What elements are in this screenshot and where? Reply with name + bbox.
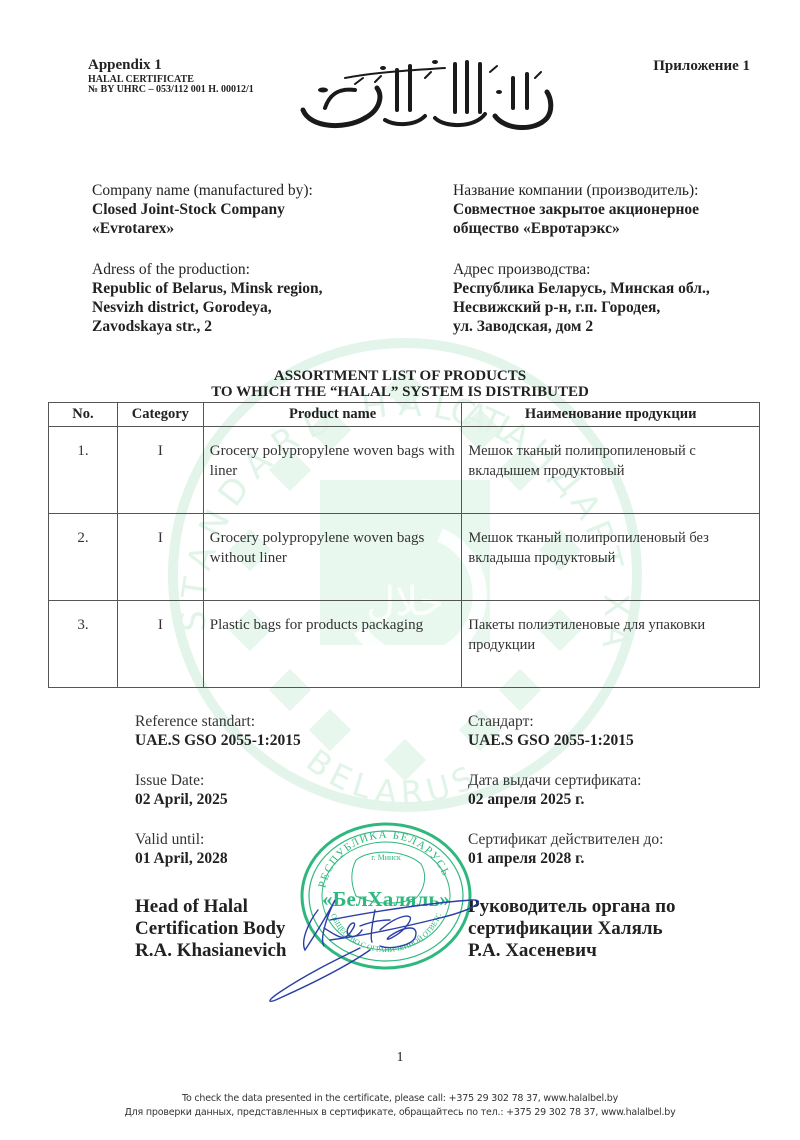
row-number: 3.	[49, 601, 118, 688]
address-line: Zavodskaya str., 2	[92, 317, 323, 336]
footer-line-ru: Для проверки данных, представленных в се…	[0, 1106, 800, 1120]
bismillah-calligraphy-icon	[285, 48, 565, 136]
valid-until-block-ru: Сертификат действителен до: 01 апреля 20…	[468, 830, 664, 868]
standard-label: Reference standart:	[135, 712, 301, 731]
row-number: 1.	[49, 427, 118, 514]
address-line-ru: Республика Беларусь, Минская обл.,	[453, 279, 710, 298]
company-name-label: Company name (manufactured by):	[92, 181, 313, 200]
valid-until-value-ru: 01 апреля 2028 г.	[468, 849, 664, 868]
appendix-label-ru: Приложение 1	[653, 58, 750, 75]
assortment-title-line: TO WHICH THE “HALAL” SYSTEM IS DISTRIBUT…	[0, 384, 800, 400]
table-row: 3. I Plastic bags for products packaging…	[49, 601, 760, 688]
standard-label-ru: Стандарт:	[468, 712, 634, 731]
products-table: No. Category Product name Наименование п…	[48, 402, 760, 688]
svg-text:г. Минск: г. Минск	[371, 853, 401, 862]
standard-block-ru: Стандарт: UAE.S GSO 2055-1:2015	[468, 712, 634, 750]
row-product-name-ru: Мешок тканый полипропиленовый без вклады…	[462, 514, 760, 601]
valid-until-block-en: Valid until: 01 April, 2028	[135, 830, 228, 868]
valid-until-value: 01 April, 2028	[135, 849, 228, 868]
standard-value: UAE.S GSO 2055-1:2015	[135, 731, 301, 750]
handwritten-signature	[240, 880, 540, 1010]
issue-date-block-ru: Дата выдачи сертификата: 02 апреля 2025 …	[468, 771, 641, 809]
valid-until-label-ru: Сертификат действителен до:	[468, 830, 664, 849]
company-name-line-ru: Совместное закрытое акционерное	[453, 200, 699, 219]
footer-line-en: To check the data presented in the certi…	[0, 1092, 800, 1106]
table-row: 2. I Grocery polypropylene woven bags wi…	[49, 514, 760, 601]
company-name-en-block: Company name (manufactured by): Closed J…	[92, 181, 313, 238]
row-product-name: Plastic bags for products packaging	[203, 601, 462, 688]
standard-block-en: Reference standart: UAE.S GSO 2055-1:201…	[135, 712, 301, 750]
row-product-name-ru: Пакеты полиэтиленовые для упаковки проду…	[462, 601, 760, 688]
row-number: 2.	[49, 514, 118, 601]
column-header-product-name-ru: Наименование продукции	[462, 403, 760, 427]
address-line: Republic of Belarus, Minsk region,	[92, 279, 323, 298]
address-label: Adress of the production:	[92, 260, 323, 279]
company-name-line-ru: общество «Евротарэкс»	[453, 219, 699, 238]
column-header-no: No.	[49, 403, 118, 427]
issue-date-value-ru: 02 апреля 2025 г.	[468, 790, 641, 809]
row-product-name: Grocery polypropylene woven bags with li…	[203, 427, 462, 514]
company-name-line: Closed Joint-Stock Company	[92, 200, 313, 219]
issue-date-label: Issue Date:	[135, 771, 228, 790]
certificate-number: № BY UHRC – 053/112 001 H. 00012/1	[88, 85, 254, 96]
company-name-line: «Evrotarex»	[92, 219, 313, 238]
table-header-row: No. Category Product name Наименование п…	[49, 403, 760, 427]
issue-date-block-en: Issue Date: 02 April, 2025	[135, 771, 228, 809]
address-line: Nesvizh district, Gorodeya,	[92, 298, 323, 317]
company-address-en-block: Adress of the production: Republic of Be…	[92, 260, 323, 336]
row-product-name: Grocery polypropylene woven bags without…	[203, 514, 462, 601]
row-category: I	[117, 601, 203, 688]
address-label-ru: Адрес производства:	[453, 260, 710, 279]
column-header-category: Category	[117, 403, 203, 427]
appendix-label: Appendix 1	[88, 58, 254, 74]
address-line-ru: ул. Заводская, дом 2	[453, 317, 710, 336]
assortment-title: ASSORTMENT LIST OF PRODUCTS TO WHICH THE…	[0, 368, 800, 400]
svg-text:BELARUS: BELARUS	[299, 742, 485, 813]
page-number: 1	[0, 1050, 800, 1066]
company-name-label-ru: Название компании (производитель):	[453, 181, 699, 200]
footer-contact: To check the data presented in the certi…	[0, 1092, 800, 1120]
column-header-product-name: Product name	[203, 403, 462, 427]
assortment-title-line: ASSORTMENT LIST OF PRODUCTS	[0, 368, 800, 384]
header-left: Appendix 1 HALAL CERTIFICATE № BY UHRC –…	[88, 58, 254, 96]
company-name-ru-block: Название компании (производитель): Совме…	[453, 181, 699, 238]
standard-value-ru: UAE.S GSO 2055-1:2015	[468, 731, 634, 750]
company-address-ru-block: Адрес производства: Республика Беларусь,…	[453, 260, 710, 336]
row-product-name-ru: Мешок тканый полипропиленовый с вкладыше…	[462, 427, 760, 514]
valid-until-label: Valid until:	[135, 830, 228, 849]
table-row: 1. I Grocery polypropylene woven bags wi…	[49, 427, 760, 514]
row-category: I	[117, 427, 203, 514]
issue-date-label-ru: Дата выдачи сертификата:	[468, 771, 641, 790]
address-line-ru: Несвижский р-н, г.п. Городея,	[453, 298, 710, 317]
row-category: I	[117, 514, 203, 601]
issue-date-value: 02 April, 2025	[135, 790, 228, 809]
